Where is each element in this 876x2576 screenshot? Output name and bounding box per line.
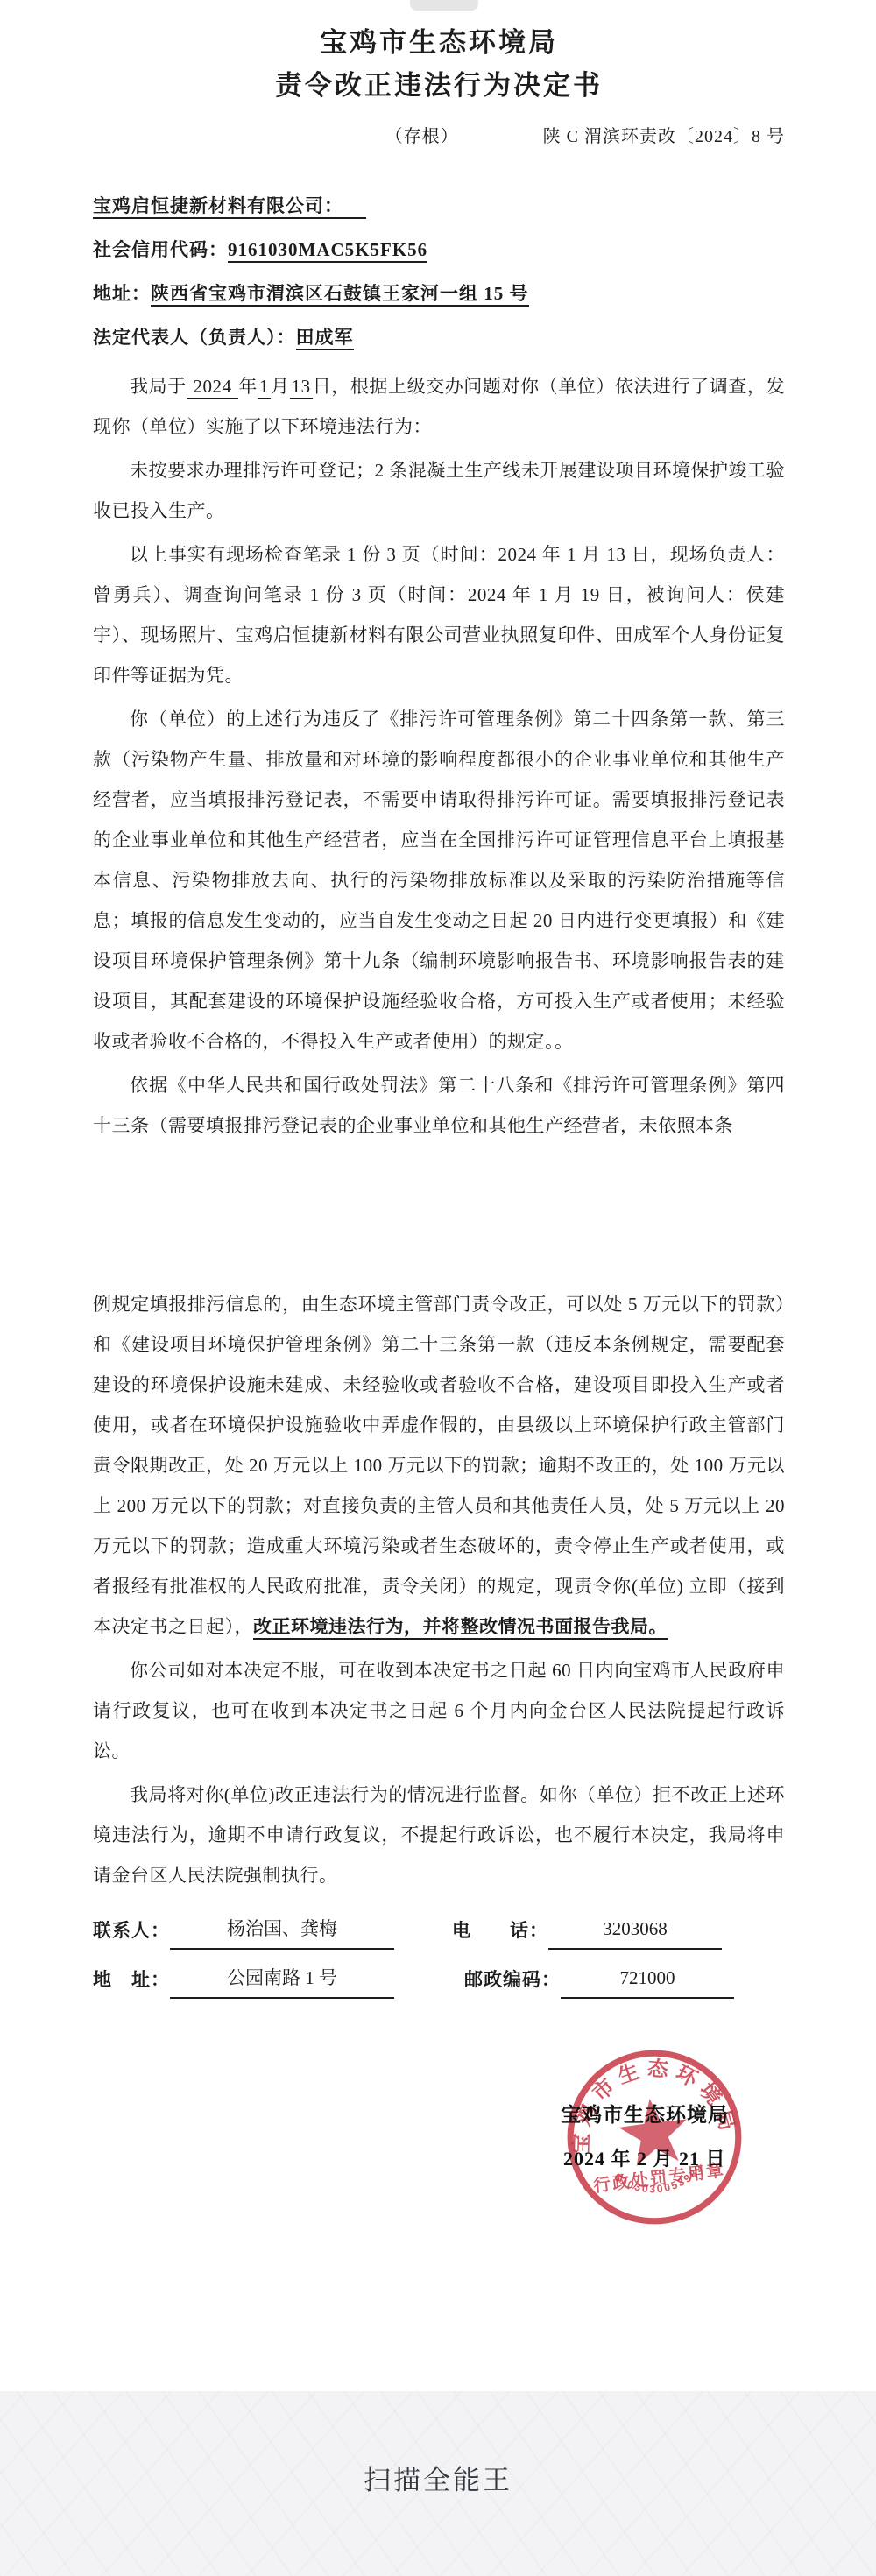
scanner-footer: 扫描全能王 bbox=[0, 2391, 876, 2576]
scanner-brand-label: 扫描全能王 bbox=[364, 2458, 512, 2497]
contact-address-value: 公园南路 1 号 bbox=[170, 1958, 394, 1999]
doc-number: 陕 C 渭滨环责改〔2024〕8 号 bbox=[543, 122, 785, 147]
address-row: 地址：陕西省宝鸡市渭滨区石鼓镇王家河一组 15 号 bbox=[93, 272, 785, 315]
scan-page-gap bbox=[93, 1146, 785, 1284]
contact-phone-label: 电 话： bbox=[452, 1911, 548, 1950]
intro-seg2: 年 bbox=[238, 376, 258, 397]
recipient-name: 宝鸡启恒捷新材料有限公司： bbox=[93, 195, 366, 219]
intro-day: 13 bbox=[290, 376, 313, 399]
penalty-paragraph-part1: 依据《中华人民共和国行政处罚法》第二十八条和《排污许可管理条例》第四十三条（需要… bbox=[93, 1065, 785, 1146]
contact-row-2: 地 址： 公园南路 1 号 邮政编码： 721000 bbox=[93, 1958, 785, 1999]
signature-date: 2024 年 2 月 21 日 bbox=[563, 2144, 765, 2171]
official-seal: 宝鸡市生态环境局 行政处罚专用章 6103030053989 bbox=[554, 2034, 755, 2241]
contact-zip-value: 721000 bbox=[561, 1958, 734, 1999]
address-label: 地址： bbox=[93, 283, 151, 304]
signature-organization: 宝鸡市生态环境局 bbox=[561, 2099, 762, 2128]
legal-rep-row: 法定代表人（负责人）：田成军 bbox=[93, 315, 785, 359]
penalty-order-emphasis: 改正环境违法行为，并将整改情况书面报告我局。 bbox=[253, 1616, 668, 1640]
address-value: 陕西省宝鸡市渭滨区石鼓镇王家河一组 15 号 bbox=[151, 283, 529, 307]
document-title: 宝鸡市生态环境局 责令改正违法行为决定书 bbox=[93, 21, 785, 107]
contact-zip-label: 邮政编码： bbox=[464, 1960, 561, 1999]
legal-rep-label: 法定代表人（负责人）： bbox=[93, 327, 296, 348]
contact-phone-value: 3203068 bbox=[548, 1909, 722, 1950]
appeal-paragraph: 你公司如对本决定不服，可在收到本决定书之日起 60 日内向宝鸡市人民政府申请行政… bbox=[93, 1650, 785, 1771]
contact-person-label: 联系人： bbox=[93, 1911, 170, 1950]
contact-person-value: 杨治国、龚梅 bbox=[170, 1909, 394, 1950]
legal-rep-value: 田成军 bbox=[296, 327, 354, 350]
intro-seg1: 我局于 bbox=[130, 376, 187, 397]
intro-seg3: 月 bbox=[271, 376, 290, 397]
intro-year: 2024 bbox=[187, 376, 239, 399]
supervision-paragraph: 我局将对你(单位)改正违法行为的情况进行监督。如你（单位）拒不改正上述环境违法行… bbox=[93, 1775, 785, 1895]
penalty-paragraph-part2: 例规定填报排污信息的，由生态环境主管部门责令改正，可以处 5 万元以下的罚款）和… bbox=[93, 1284, 785, 1647]
penalty-text: 例规定填报排污信息的，由生态环境主管部门责令改正，可以处 5 万元以下的罚款）和… bbox=[93, 1294, 785, 1637]
document-body: 宝鸡市生态环境局 责令改正违法行为决定书 （存根） 陕 C 渭滨环责改〔2024… bbox=[0, 0, 876, 1999]
credit-code-value: 9161030MAC5K5FK56 bbox=[228, 239, 427, 263]
intro-paragraph: 我局于 2024 年1月13日，根据上级交办问题对你（单位）依法进行了调查，发现… bbox=[93, 366, 785, 447]
credit-code-row: 社会信用代码：9161030MAC5K5FK56 bbox=[93, 228, 785, 272]
evidence-paragraph: 以上事实有现场检查笔录 1 份 3 页（时间：2024 年 1 月 13 日，现… bbox=[93, 534, 785, 695]
intro-month: 1 bbox=[258, 376, 271, 399]
violation-paragraph: 未按要求办理排污许可登记；2 条混凝土生产线未开展建设项目环境保护竣工验收已投入… bbox=[93, 450, 785, 531]
title-line-2: 责令改正违法行为决定书 bbox=[93, 64, 785, 107]
legal-basis-paragraph: 你（单位）的上述行为违反了《排污许可管理条例》第二十四条第一款、第三款（污染物产… bbox=[93, 699, 785, 1062]
contact-address-label: 地 址： bbox=[93, 1960, 170, 1999]
doc-meta-row: （存根） 陕 C 渭滨环责改〔2024〕8 号 bbox=[93, 119, 785, 149]
contact-block: 联系人： 杨治国、龚梅 电 话： 3203068 地 址： 公园南路 1 号 邮… bbox=[93, 1909, 785, 1999]
body-paragraphs: 我局于 2024 年1月13日，根据上级交办问题对你（单位）依法进行了调查，发现… bbox=[93, 366, 785, 1895]
scanned-document-page: 宝鸡市生态环境局 责令改正违法行为决定书 （存根） 陕 C 渭滨环责改〔2024… bbox=[0, 0, 876, 2576]
title-line-1: 宝鸡市生态环境局 bbox=[93, 21, 785, 64]
credit-code-label: 社会信用代码： bbox=[93, 239, 228, 260]
contact-row-1: 联系人： 杨治国、龚梅 电 话： 3203068 bbox=[93, 1909, 785, 1950]
recipient-row: 宝鸡启恒捷新材料有限公司： bbox=[93, 184, 785, 228]
stub-label: （存根） bbox=[385, 122, 459, 147]
